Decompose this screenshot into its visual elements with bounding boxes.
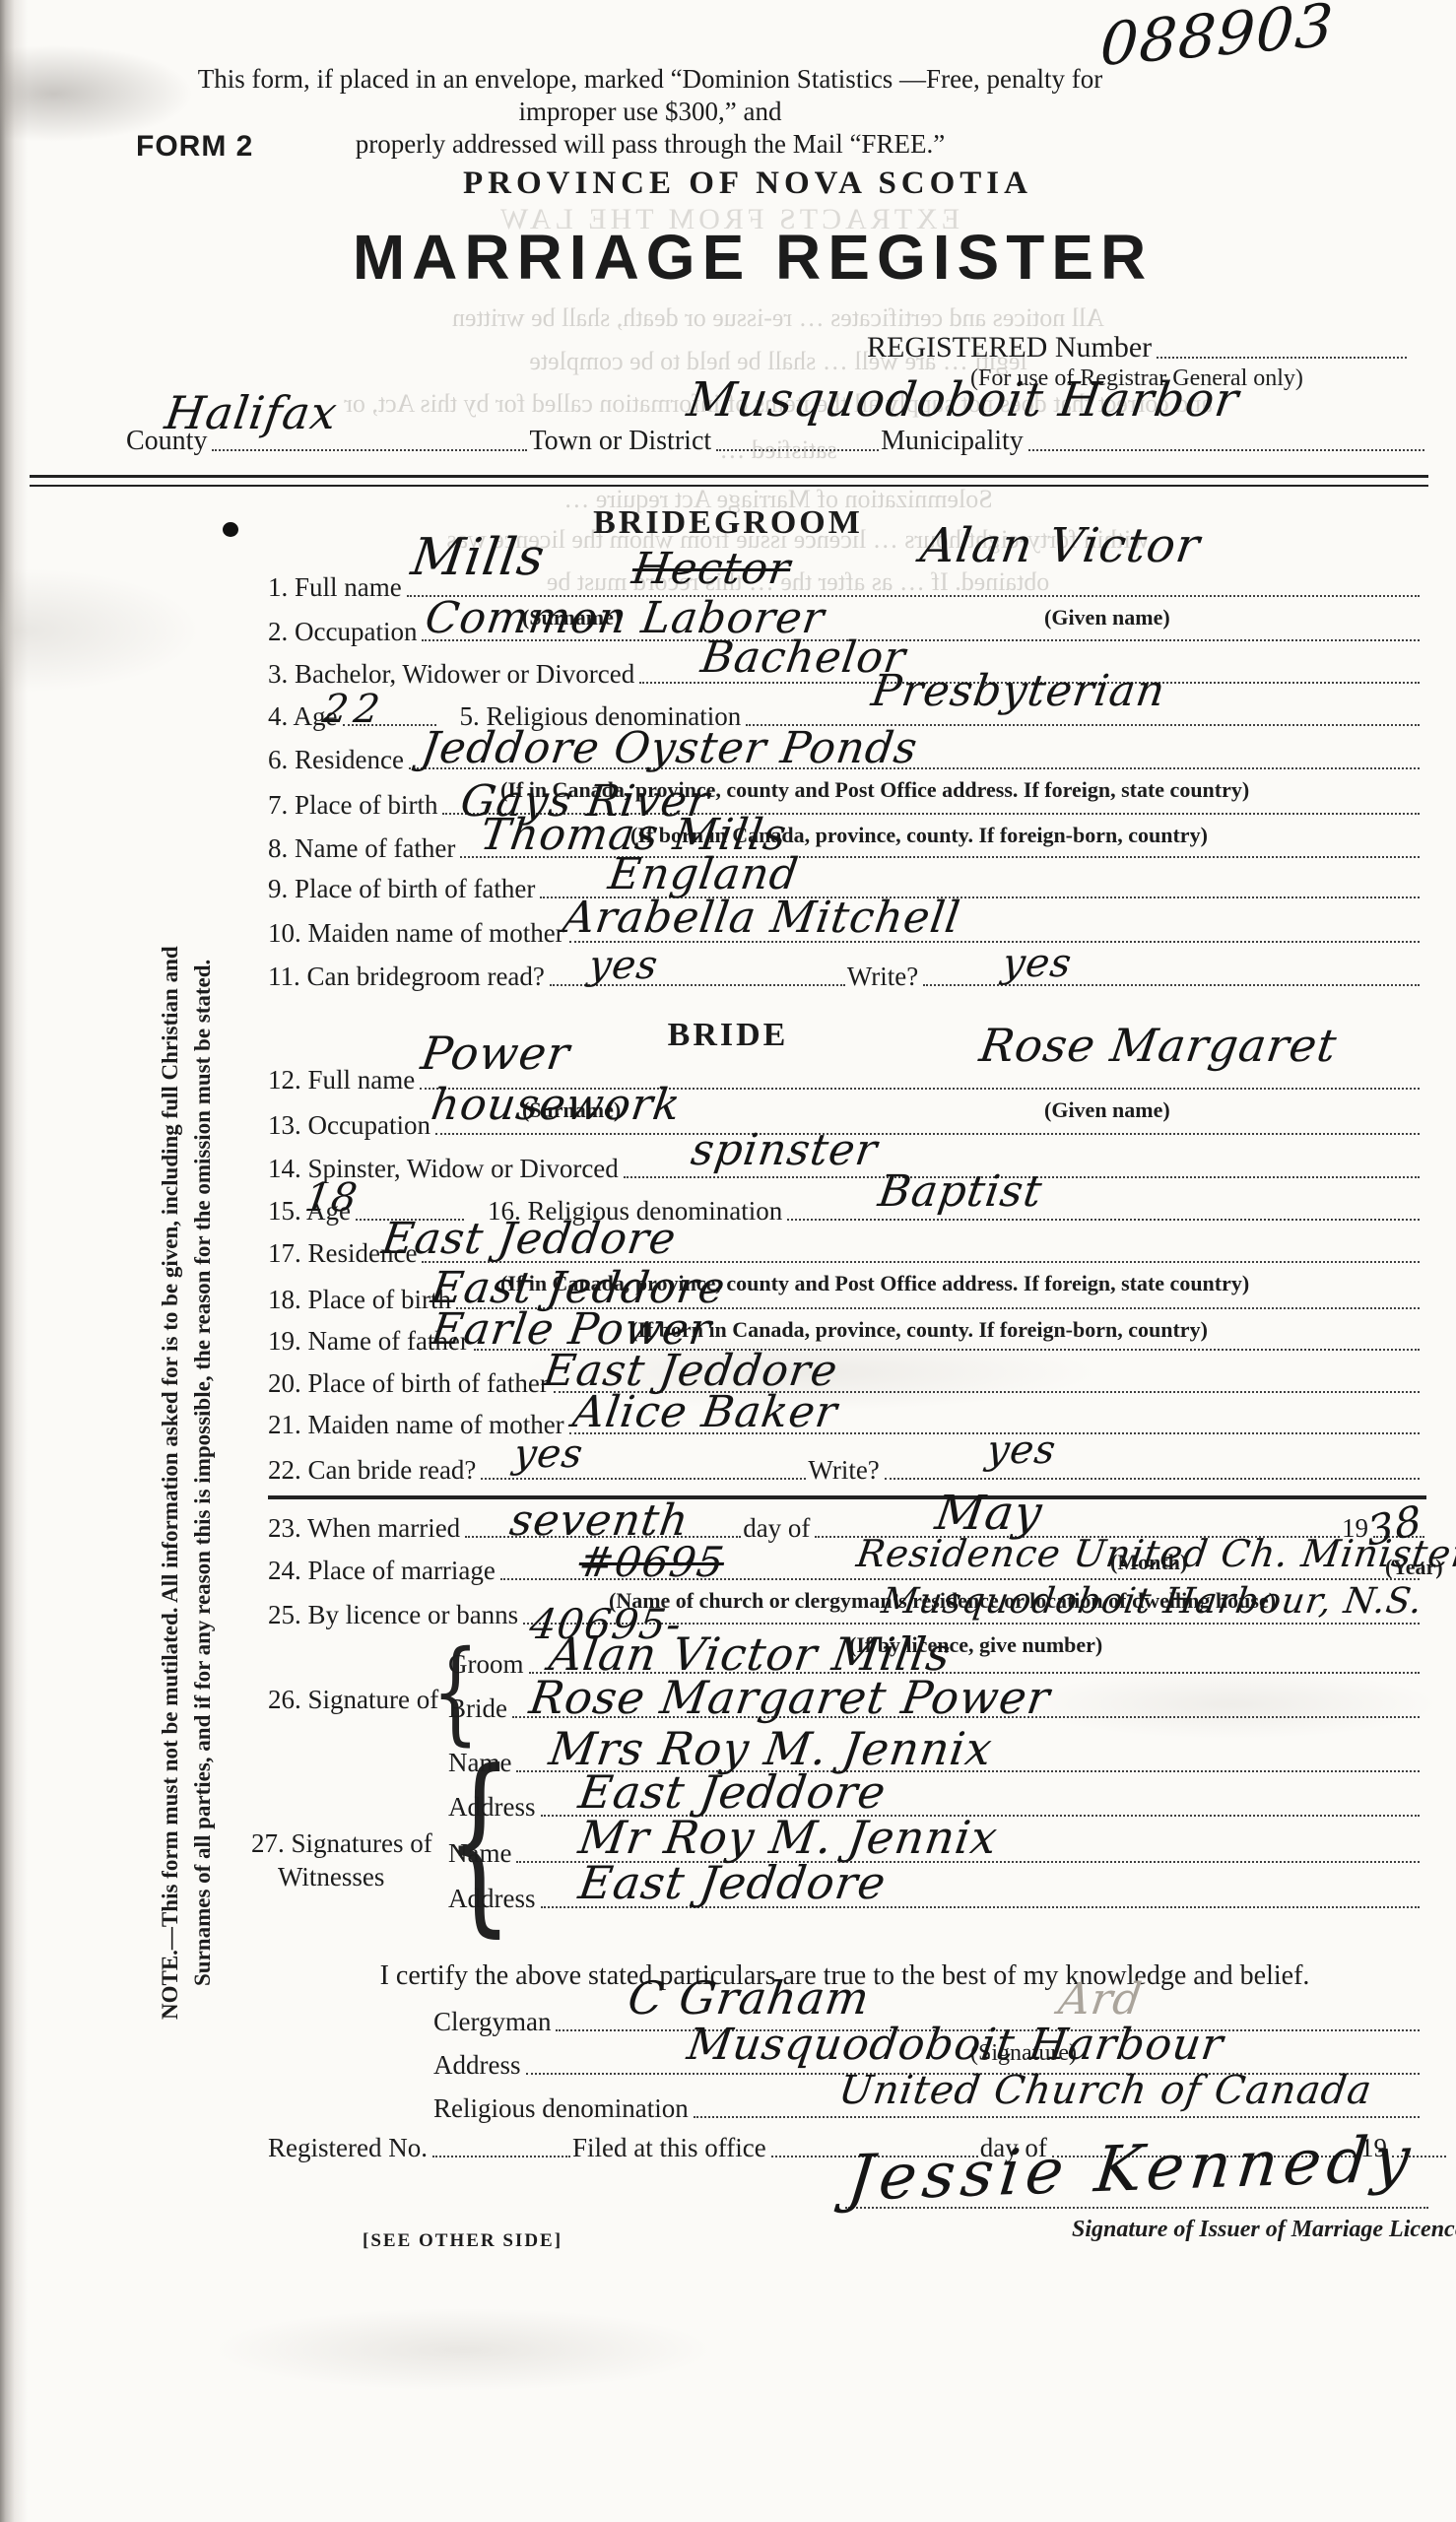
field-3-label: 3. Bachelor, Widower or Divorced xyxy=(268,659,634,690)
witness-2-address-handwriting: East Jeddore xyxy=(576,1860,890,1905)
bride-can-read-handwriting: yes xyxy=(511,1434,585,1474)
registered-number-blank xyxy=(1157,357,1407,359)
county-blank xyxy=(212,449,527,451)
field-11-write-label: Write? xyxy=(847,962,918,992)
field-26-label: 26. Signature of xyxy=(268,1685,438,1715)
bridegroom-surname-handwriting: Mills xyxy=(408,532,548,583)
issuer-caption: Signature of Issuer of Marriage Licence xyxy=(1072,2217,1456,2243)
province-heading: PROVINCE OF NOVA SCOTIA xyxy=(0,166,1456,202)
marriage-month-handwriting: May xyxy=(933,1490,1046,1537)
field-8-label: 8. Name of father xyxy=(268,833,455,864)
field-2-label: 2. Occupation xyxy=(268,617,417,647)
bridegroom-age-handwriting: 22 xyxy=(320,690,388,729)
field-8-father-row: 8. Name of father xyxy=(268,827,1422,864)
clergyman-denomination-handwriting: United Church of Canada xyxy=(836,2071,1374,2110)
bridegroom-religion-handwriting: Presbyterian xyxy=(869,670,1168,713)
field-1-label: 1. Full name xyxy=(268,572,402,603)
registered-no-blank xyxy=(432,2156,570,2157)
clergyman-address-handwriting: Musquodoboit Harbour xyxy=(685,2024,1226,2067)
bride-status-handwriting: spinster xyxy=(689,1129,881,1172)
filed-label: Filed at this office xyxy=(572,2133,766,2163)
municipality-blank xyxy=(1028,449,1424,451)
witness-2-name-handwriting: Mr Roy M. Jennix xyxy=(576,1815,1001,1860)
form-number-label: FORM 2 xyxy=(136,130,253,164)
section-divider-rule xyxy=(268,1495,1426,1499)
bride-mother-handwriting: Alice Baker xyxy=(570,1391,840,1434)
field-21-mother-row: 21. Maiden name of mother xyxy=(268,1403,1422,1440)
groom-label: Groom xyxy=(448,1649,524,1680)
town-district-value-handwriting: Musquodoboit Harbor xyxy=(685,376,1242,424)
field-24-label: 24. Place of marriage xyxy=(268,1556,496,1586)
town-blank xyxy=(716,449,879,451)
see-other-side-note: [SEE OTHER SIDE] xyxy=(363,2230,563,2252)
marriage-place-handwriting: Residence United Ch. Minister xyxy=(854,1535,1456,1572)
bridegroom-can-read-handwriting: yes xyxy=(586,946,660,985)
field-20-father-birthplace-row: 20. Place of birth of father xyxy=(268,1361,1422,1399)
field-12-label: 12. Full name xyxy=(268,1065,415,1095)
bride-age-handwriting: 18 xyxy=(302,1178,361,1218)
field-7-label: 7. Place of birth xyxy=(268,790,437,821)
field-22-read-write-row: 22. Can bride read? Write? xyxy=(268,1448,1422,1486)
bridegroom-heading: BRIDEGROOM xyxy=(0,504,1456,542)
clergyman-denomination-blank xyxy=(694,2116,1420,2118)
field-6-label: 6. Residence xyxy=(268,745,404,775)
field-9-label: 9. Place of birth of father xyxy=(268,874,535,904)
bride-can-write-handwriting: yes xyxy=(984,1430,1058,1470)
field-18-label: 18. Place of birth xyxy=(268,1285,451,1315)
mail-note-line-2: properly addressed will pass through the… xyxy=(148,128,1153,161)
bridegroom-father-birthplace-handwriting: England xyxy=(606,853,802,896)
field-22-write-label: Write? xyxy=(808,1455,879,1486)
side-note-line-1: NOTE.—This form must not be mutilated. A… xyxy=(154,946,186,2020)
section-divider-double-rule xyxy=(30,475,1428,487)
field-11-read-write-row: 11. Can bridegroom read? Write? xyxy=(268,955,1422,992)
witness-address-label: Address xyxy=(448,1884,536,1914)
page-title: MARRIAGE REGISTER xyxy=(0,221,1456,294)
field-22-label: 22. Can bride read? xyxy=(268,1455,476,1486)
town-district-label: Town or District xyxy=(529,426,711,457)
registered-number-label: REGISTERED Number xyxy=(867,331,1152,365)
field-23-label: 23. When married xyxy=(268,1513,460,1544)
marriage-day-handwriting: seventh xyxy=(507,1499,692,1543)
bride-religion-handwriting: Baptist xyxy=(876,1170,1045,1214)
clergyman-denomination-label: Religious denomination xyxy=(433,2093,689,2124)
bridegroom-given-name-handwriting: Alan Victor xyxy=(918,522,1204,569)
bride-given-name-handwriting: Rose Margaret xyxy=(977,1023,1340,1068)
bridegroom-struck-name-handwriting: Hector xyxy=(629,548,793,591)
registered-no-label: Registered No. xyxy=(268,2133,428,2163)
field-7-birthplace-row: 7. Place of birth xyxy=(268,783,1422,821)
field-11-label: 11. Can bridegroom read? xyxy=(268,962,545,992)
clergyman-pencil-note-handwriting: Ard xyxy=(1056,1978,1145,2022)
registered-number-row: REGISTERED Number xyxy=(867,325,1409,365)
marriage-place-struck-handwriting: #0695 xyxy=(576,1542,727,1583)
side-note-line-2: Surnames of all parties, and if for any … xyxy=(186,946,219,2020)
bride-label: Bride xyxy=(448,1693,507,1724)
bride-residence-handwriting: East Jeddore xyxy=(379,1218,679,1261)
field-20-label: 20. Place of birth of father xyxy=(268,1368,549,1399)
side-note-vertical: NOTE.—This form must not be mutilated. A… xyxy=(154,946,219,2020)
field-27-label: 27. Signatures of xyxy=(251,1828,432,1859)
witness-name-label: Name xyxy=(448,1838,511,1869)
field-16-blank xyxy=(787,1219,1420,1221)
bride-surname-handwriting: Power xyxy=(419,1030,573,1076)
field-25-label: 25. By licence or banns xyxy=(268,1600,518,1630)
clergyman-label: Clergyman xyxy=(433,2007,551,2037)
day-of-label: day of xyxy=(743,1513,810,1544)
bridegroom-residence-handwriting: Jeddore Oyster Ponds xyxy=(419,727,920,770)
county-value-handwriting: Halifax xyxy=(163,390,341,435)
marriage-register-scan: EXTRACTS FROM THE LAW All notices and ce… xyxy=(0,0,1456,2522)
marriage-place-line2-handwriting: Musquodoboit Harbour, N.S. xyxy=(879,1584,1424,1620)
field-27-label-2: Witnesses xyxy=(278,1862,384,1892)
serial-number-handwriting: 088903 xyxy=(1098,0,1335,75)
witness-name-label: Name xyxy=(448,1748,511,1778)
clergyman-address-label: Address xyxy=(433,2050,521,2081)
municipality-label: Municipality xyxy=(881,426,1024,457)
field-11-write-blank xyxy=(923,984,1420,986)
bride-signature-handwriting: Rose Margaret Power xyxy=(527,1675,1053,1720)
clergyman-signature-handwriting: C Graham xyxy=(626,1975,873,2021)
witness-address-label: Address xyxy=(448,1792,536,1823)
bridegroom-mother-handwriting: Arabella Mitchell xyxy=(561,896,963,940)
witness-1-address-handwriting: East Jeddore xyxy=(576,1769,890,1815)
field-22-write-blank xyxy=(885,1478,1420,1480)
bride-occupation-handwriting: housework xyxy=(429,1084,684,1127)
mail-note-line-1: This form, if placed in an envelope, mar… xyxy=(148,63,1153,128)
issuer-signature-handwriting: Jessie Kennedy xyxy=(844,2128,1419,2211)
field-10-label: 10. Maiden name of mother xyxy=(268,918,564,949)
mail-note: This form, if placed in an envelope, mar… xyxy=(148,63,1153,161)
bridegroom-can-write-handwriting: yes xyxy=(1000,944,1074,983)
field-13-blank xyxy=(435,1133,1420,1135)
field-22-read-blank xyxy=(481,1478,806,1480)
field-13-label: 13. Occupation xyxy=(268,1110,430,1141)
